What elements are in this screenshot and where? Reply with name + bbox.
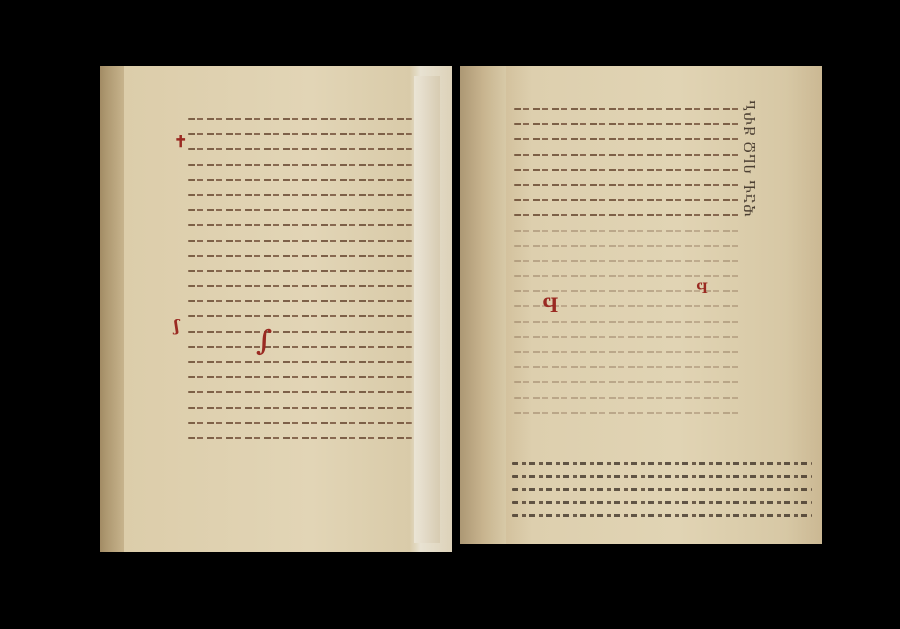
left-page-text-block <box>188 118 412 452</box>
rubric-marker-right: Ϥ <box>696 278 708 298</box>
rubric-initial-large: ∫ <box>256 324 272 357</box>
rubric-initial-left: ʃ <box>174 316 179 335</box>
left-manuscript-page: ✝ ʃ ∫ <box>100 66 452 552</box>
rubric-initial-right: Ϥ <box>542 292 558 318</box>
left-page-edge <box>100 66 124 552</box>
right-page-gutter <box>460 66 506 544</box>
bottom-margin-note <box>512 462 812 527</box>
rubric-cross-mark: ✝ <box>174 132 187 151</box>
right-page-text-block <box>514 108 740 427</box>
left-page-binding-strip <box>414 76 440 543</box>
margin-note-vertical: ႢႰႼ ႣႤႱ ႥႠႫ <box>740 100 755 460</box>
